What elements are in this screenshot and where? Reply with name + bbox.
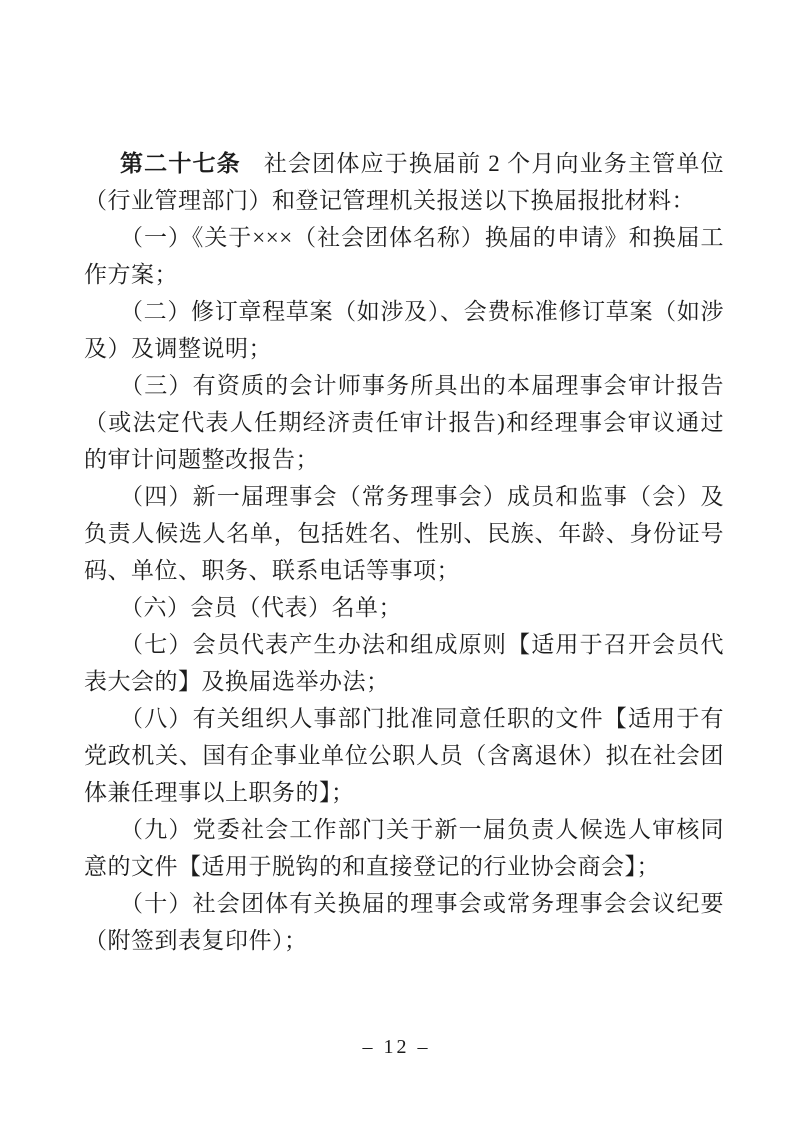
article-item-8: （八）有关组织人事部门批准同意任职的文件【适用于有党政机关、国有企事业单位公职人… (84, 700, 724, 811)
article-item-4: （四）新一届理事会（常务理事会）成员和监事（会）及负责人候选人名单，包括姓名、性… (84, 478, 724, 589)
article-item-2: （二）修订章程草案（如涉及）、会费标准修订草案（如涉及）及调整说明； (84, 293, 724, 367)
article-item-7: （七）会员代表产生办法和组成原则【适用于召开会员代表大会的】及换届选举办法； (84, 626, 724, 700)
article-item-6: （六）会员（代表）名单； (84, 589, 724, 626)
document-page: 第二十七条社会团体应于换届前 2 个月向业务主管单位（行业管理部门）和登记管理机… (0, 0, 793, 1122)
article-item-9: （九）党委社会工作部门关于新一届负责人候选人审核同意的文件【适用于脱钩的和直接登… (84, 811, 724, 885)
article-item-1: （一）《关于×××（社会团体名称）换届的申请》和换届工作方案； (84, 219, 724, 293)
article-item-10: （十）社会团体有关换届的理事会或常务理事会会议纪要（附签到表复印件）； (84, 885, 724, 959)
article-heading-paragraph: 第二十七条社会团体应于换届前 2 个月向业务主管单位（行业管理部门）和登记管理机… (84, 145, 724, 219)
article-body: 第二十七条社会团体应于换届前 2 个月向业务主管单位（行业管理部门）和登记管理机… (84, 145, 724, 959)
page-number: – 12 – (0, 1036, 793, 1059)
article-item-3: （三）有资质的会计师事务所具出的本届理事会审计报告（或法定代表人任期经济责任审计… (84, 367, 724, 478)
article-number: 第二十七条 (120, 150, 241, 176)
